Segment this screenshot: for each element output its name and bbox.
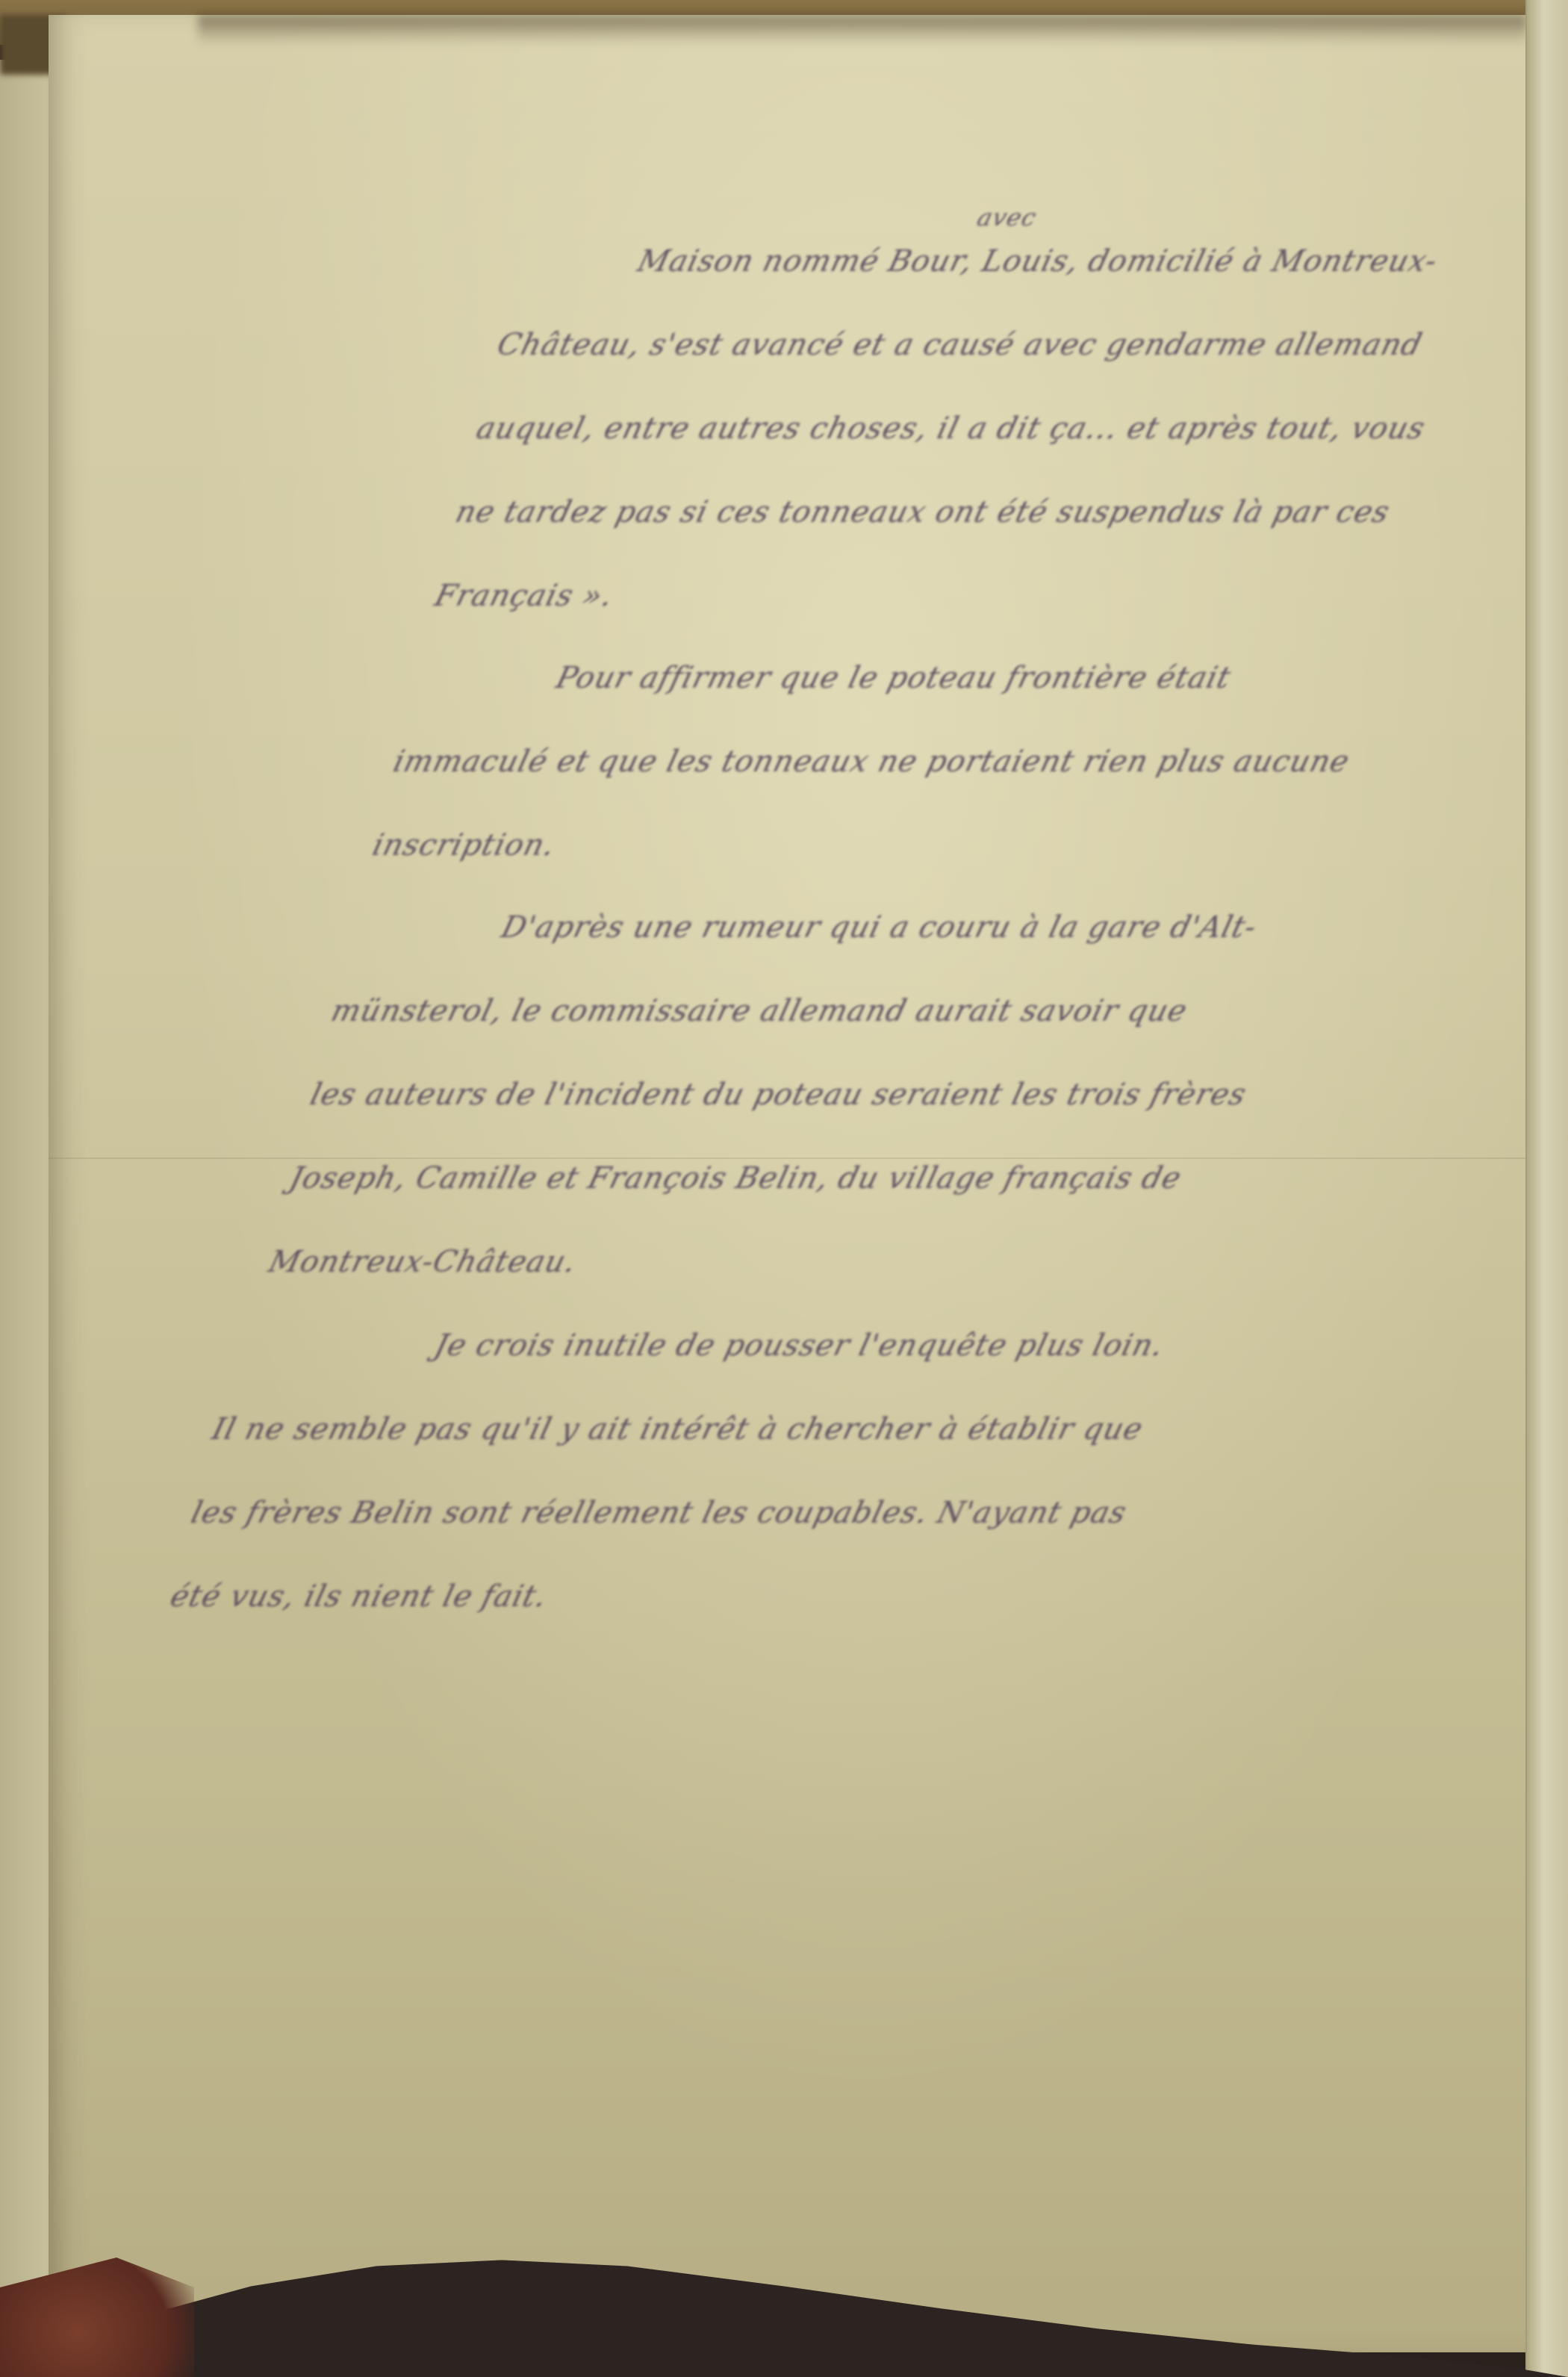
page-top-shadow xyxy=(198,15,1527,45)
text-line: Joseph, Camille et François Belin, du vi… xyxy=(287,1163,1185,1193)
text-line: inscription. xyxy=(370,830,558,860)
text-line: Je crois inutile de pousser l'enquête pl… xyxy=(432,1331,1167,1361)
text-line: auquel, entre autres choses, il a dit ça… xyxy=(473,414,1428,444)
text-line: les auteurs de l'incident du poteau sera… xyxy=(308,1080,1249,1110)
text-line: Pour affirmer que le poteau frontière ét… xyxy=(553,663,1234,693)
right-page-edge xyxy=(1525,0,1568,2377)
text-line: Maison nommé Bour, Louis, domicilié à Mo… xyxy=(635,246,1440,276)
text-line: été vus, ils nient le fait. xyxy=(167,1582,550,1612)
text-line: D'après une rumeur qui a couru à la gare… xyxy=(499,913,1260,942)
interlinear-correction: avec xyxy=(974,203,1039,232)
text-line: ne tardez pas si ces tonneaux ont été su… xyxy=(452,497,1393,527)
text-line: Français ». xyxy=(432,581,616,611)
paper-fold-line xyxy=(49,1158,1534,1159)
text-line: Château, s'est avancé et a causé avec ge… xyxy=(494,330,1425,360)
text-line: münsterol, le commissaire allemand aurai… xyxy=(329,996,1191,1026)
text-line: Il ne semble pas qu'il y ait intérêt à c… xyxy=(209,1414,1146,1444)
text-line: les frères Belin sont réellement les cou… xyxy=(188,1498,1130,1528)
text-line: immaculé et que les tonneaux ne portaien… xyxy=(391,747,1353,777)
text-line: Montreux-Château. xyxy=(266,1247,579,1277)
